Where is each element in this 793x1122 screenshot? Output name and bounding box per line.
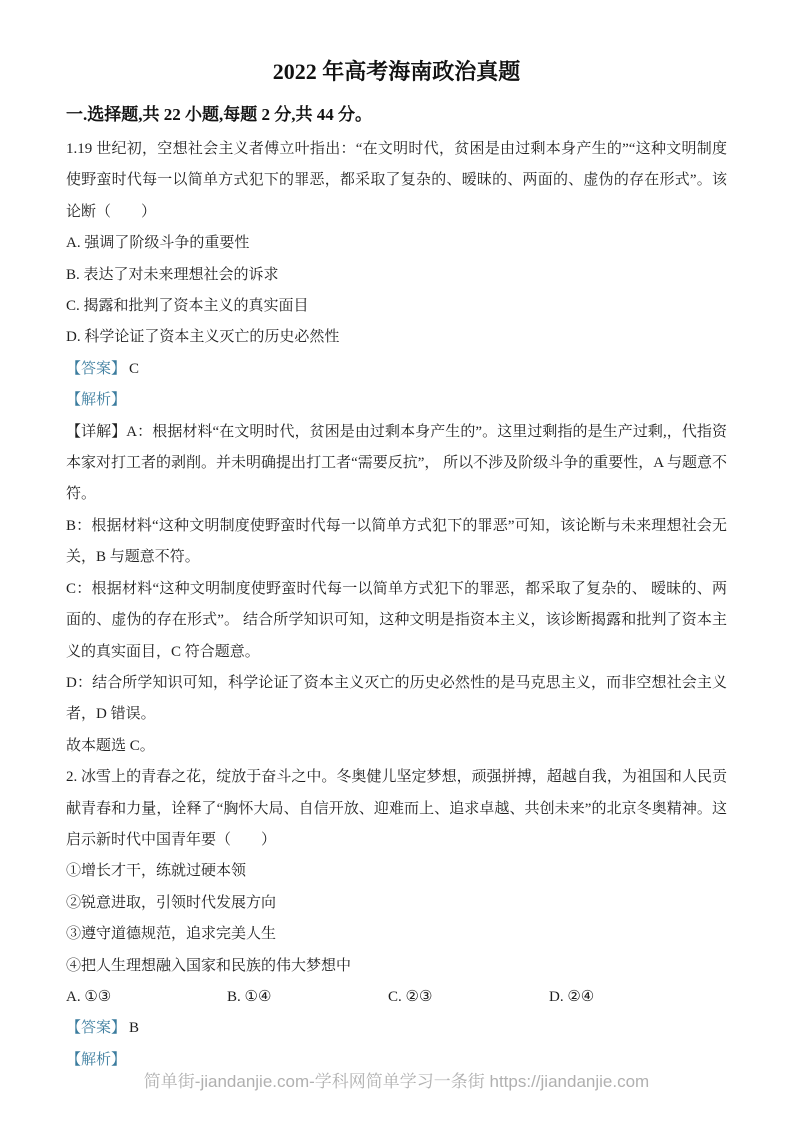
question-2-item-4: ④把人生理想融入国家和民族的伟大梦想中 [66, 951, 727, 982]
question-1-answer-line: 【答案】C [66, 354, 727, 385]
question-1-option-a: A. 强调了阶级斗争的重要性 [66, 228, 727, 259]
question-1-stem: 1.19 世纪初，空想社会主义者傅立叶指出：“在文明时代，贫困是由过剩本身产生的… [66, 134, 727, 228]
document-page: 2022 年高考海南政治真题 一.选择题,共 22 小题,每题 2 分,共 44… [0, 0, 793, 1122]
document-title: 2022 年高考海南政治真题 [66, 56, 727, 88]
question-2-item-2: ②锐意进取，引领时代发展方向 [66, 888, 727, 919]
question-1-detail-a: 【详解】A：根据材料“在文明时代，贫困是由过剩本身产生的”。这里过剩指的是生产过… [66, 417, 727, 511]
answer-label: 【答案】 [66, 1020, 126, 1036]
question-1-analysis-label-line: 【解析】 [66, 385, 727, 416]
question-1-conclusion: 故本题选 C。 [66, 731, 727, 762]
question-1-detail-c: C：根据材料“这种文明制度使野蛮时代每一以简单方式犯下的罪恶，都采取了复杂的、 … [66, 574, 727, 668]
detail-label: 【详解】 [66, 424, 126, 440]
question-1-detail-d: D：结合所学知识可知，科学论证了资本主义灭亡的历史必然性的是马克思主义，而非空想… [66, 668, 727, 731]
question-2-item-3: ③遵守道德规范，追求完美人生 [66, 919, 727, 950]
footer-text: 简单街-jiandanjie.com-学科网简单学习一条街 https://ji… [0, 1067, 793, 1092]
question-1-answer-value: C [129, 361, 139, 377]
section-heading: 一.选择题,共 22 小题,每题 2 分,共 44 分。 [66, 102, 727, 128]
question-2-answer-line: 【答案】B [66, 1013, 727, 1044]
question-1-option-c: C. 揭露和批判了资本主义的真实面目 [66, 291, 727, 322]
question-1-option-b: B. 表达了对未来理想社会的诉求 [66, 260, 727, 291]
question-1-option-d: D. 科学论证了资本主义灭亡的历史必然性 [66, 322, 727, 353]
question-2-choice-b: B. ①④ [227, 982, 388, 1013]
question-2-choice-c: C. ②③ [388, 982, 549, 1013]
analysis-label: 【解析】 [66, 392, 126, 408]
analysis-label: 【解析】 [66, 1052, 126, 1068]
question-2-item-1: ①增长才干，练就过硬本领 [66, 856, 727, 887]
question-2-choice-row: A. ①③ B. ①④ C. ②③ D. ②④ [66, 982, 727, 1013]
question-1-detail-b: B：根据材料“这种文明制度使野蛮时代每一以简单方式犯下的罪恶”可知，该论断与未来… [66, 511, 727, 574]
question-2-choice-a: A. ①③ [66, 982, 227, 1013]
answer-label: 【答案】 [66, 361, 126, 377]
detail-text-a: A：根据材料“在文明时代，贫困是由过剩本身产生的”。这里过剩指的是生产过剩,，代… [66, 424, 727, 503]
question-2-choice-d: D. ②④ [549, 982, 594, 1013]
question-2-answer-value: B [129, 1020, 139, 1036]
question-2-stem: 2. 冰雪上的青春之花，绽放于奋斗之中。冬奥健儿坚定梦想，顽强拼搏，超越自我，为… [66, 762, 727, 856]
